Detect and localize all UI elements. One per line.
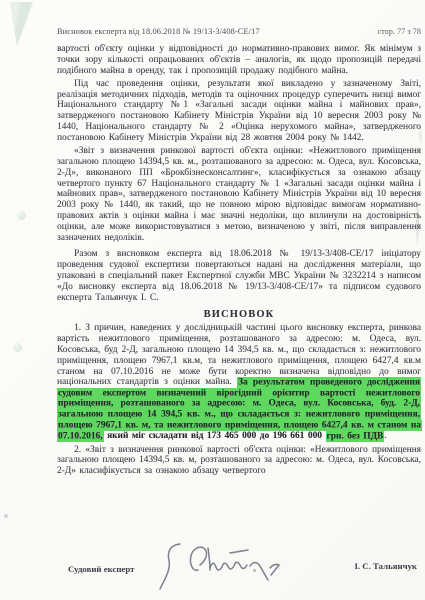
item1-text-end: . <box>384 431 386 441</box>
item1-value-range: який міг складати від 173 465 000 до 196… <box>104 431 326 441</box>
document-body: вартості об'єкту оцінки у відповідності … <box>57 44 421 479</box>
paragraph-materials-return: Разом з висновком експерта від 18.06.201… <box>57 249 421 303</box>
header-page-number: стор. 77 з 78 <box>378 27 421 36</box>
hole-punch-mark <box>17 211 26 220</box>
signature-name: І. С. Тальянчук <box>354 561 417 571</box>
conclusion-item-2: 2. «Звіт з визначення ринкової вартості … <box>57 445 421 477</box>
item1-highlighted-currency: грн. без ПДВ <box>326 431 385 442</box>
corner-fold-artifact <box>0 0 50 55</box>
paragraph-continuation: вартості об'єкту оцінки у відповідності … <box>57 44 421 76</box>
paragraph-assessment-violations: Під час проведення оцінки, результати як… <box>57 79 421 144</box>
signature-scrawl <box>146 536 306 596</box>
scan-x-mark: × <box>2 511 9 520</box>
header-reference: Висновок експерта від 18.06.2018 № 19/13… <box>57 27 260 36</box>
conclusion-item-1: 1. З причин, наведених у дослідницькій ч… <box>57 323 421 442</box>
conclusion-heading: ВИСНОВОК <box>57 309 421 320</box>
document-header: Висновок експерта від 18.06.2018 № 19/13… <box>57 27 421 36</box>
hole-punch-mark <box>13 343 22 352</box>
scanned-document-page: × Висновок експерта від 18.06.2018 № 19/… <box>0 0 425 600</box>
signature-label: Судовий експерт <box>68 564 134 574</box>
paragraph-report-classification: «Звіт з визначення ринкової вартості об'… <box>57 146 421 243</box>
